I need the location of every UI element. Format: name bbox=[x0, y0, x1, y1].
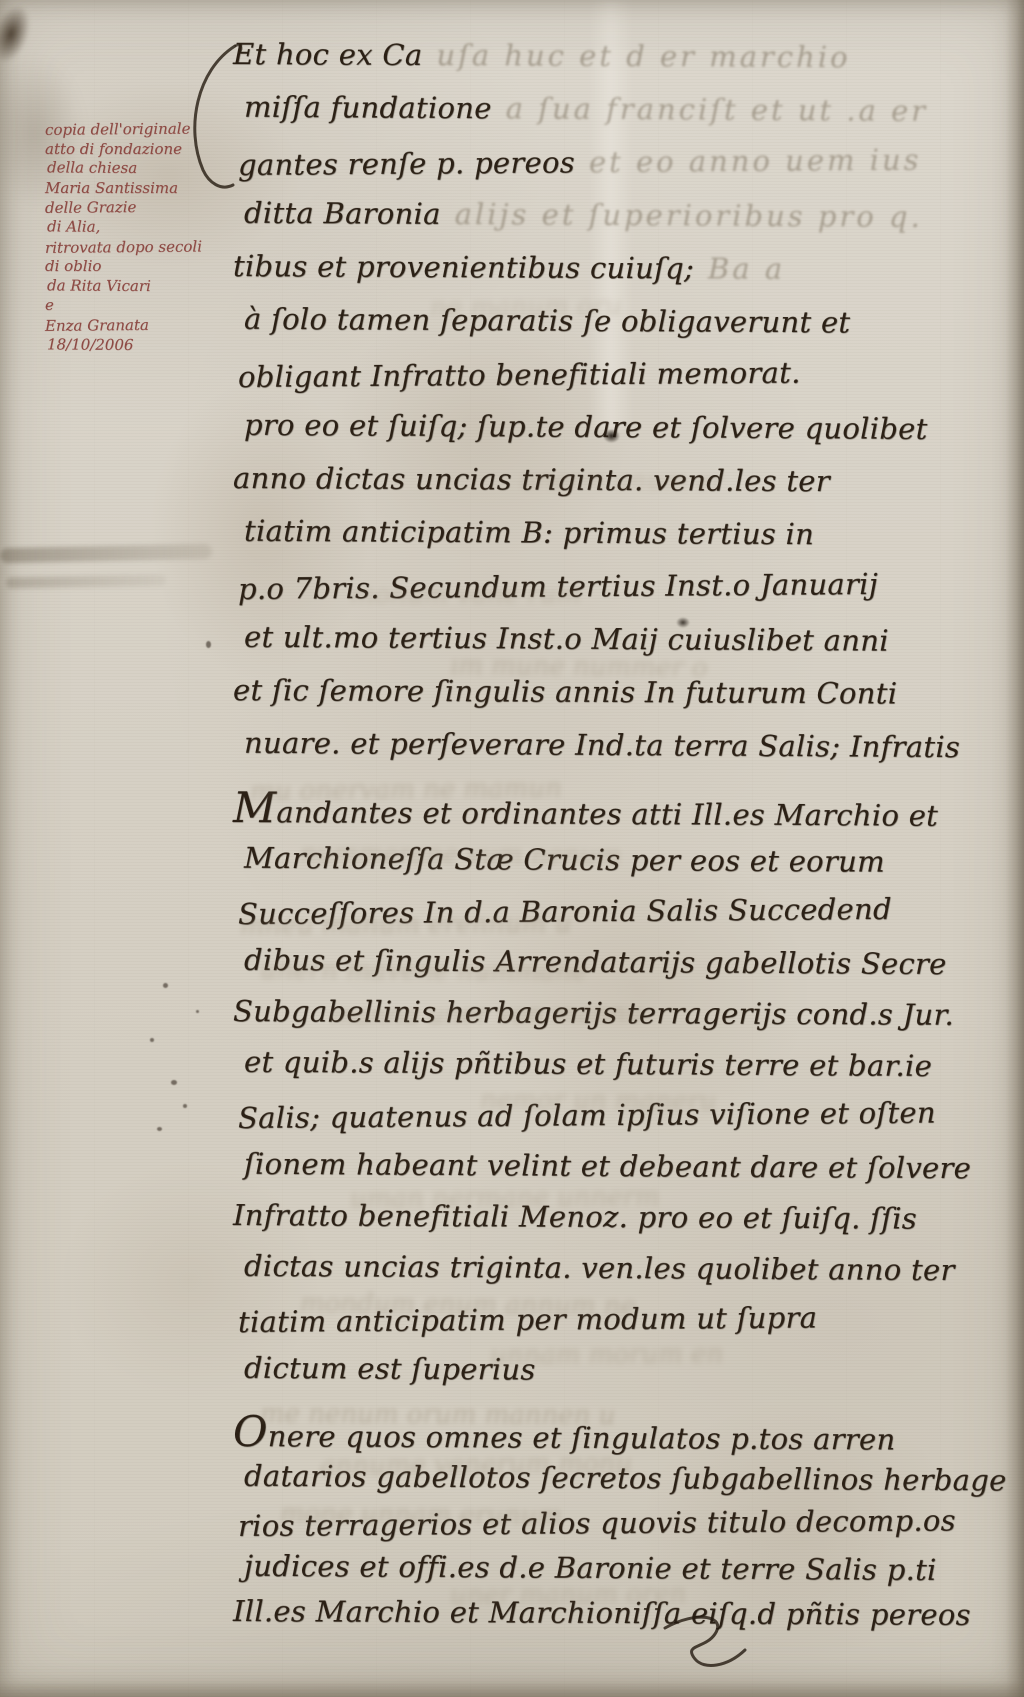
margin-bleed-smudge bbox=[6, 575, 166, 589]
ink-speck bbox=[196, 1010, 199, 1013]
ink-speck bbox=[171, 1080, 177, 1085]
manuscript-line-text: Subgabellinis herbagerijs terragerijs co… bbox=[233, 994, 954, 1032]
manuscript-line-faded-text: uſa huc et d er marchio bbox=[436, 38, 850, 74]
manuscript-line-text: Mandantes et ordinantes atti Ill.es Marc… bbox=[233, 795, 938, 833]
page-edge-shadow bbox=[0, 1681, 1024, 1697]
annotation-line: della chiesa bbox=[47, 159, 237, 180]
marginal-annotation: copia dell'originaleatto di fondazionede… bbox=[45, 120, 235, 355]
manuscript-line-text: et quib.s alijs pñtibus et futuris terre… bbox=[244, 1045, 932, 1083]
manuscript-line: à ſolo tamen ſeparatis ſe obligaverunt e… bbox=[244, 293, 1004, 351]
ink-blot bbox=[603, 429, 620, 443]
manuscript-line: Marchioneſſa Stæ Crucis per eos et eorum bbox=[244, 833, 1004, 889]
manuscript-line-text: tiatim anticipatim per modum ut ſupra bbox=[238, 1300, 818, 1339]
manuscript-line: Salis; quatenus ad ſolam ipſius viſione … bbox=[238, 1087, 998, 1144]
annotation-line: copia dell'originale bbox=[45, 119, 235, 140]
annotation-line: di oblio bbox=[45, 257, 235, 277]
manuscript-line: Succeſſores In d.a Baronia Salis Succede… bbox=[238, 883, 998, 940]
ink-blot bbox=[676, 617, 690, 628]
manuscript-line-text: dictas uncias triginta. ven.les quolibet… bbox=[244, 1249, 955, 1287]
manuscript-line-text: tibus et provenientibus cuiuſq; bbox=[233, 249, 694, 285]
manuscript-line-faded-text: et eo anno uem ius bbox=[589, 143, 922, 180]
manuscript-line: Et hoc ex Cauſa huc et d er marchio bbox=[233, 28, 993, 85]
manuscript-line-text: dictum est ſuperius bbox=[244, 1351, 536, 1387]
ink-speck bbox=[157, 1127, 162, 1131]
manuscript-line-text: à ſolo tamen ſeparatis ſe obligaverunt e… bbox=[244, 302, 851, 340]
ink-speck bbox=[206, 641, 211, 648]
manuscript-page: copia dell'originaleatto di fondazionede… bbox=[0, 0, 1024, 1697]
manuscript-line: anno dictas uncias triginta. vend.les te… bbox=[233, 452, 993, 509]
manuscript-line-text: Infratto benefitiali Menoz. pro eo et ſu… bbox=[233, 1198, 917, 1236]
manuscript-line: Onere quos omnes et ſingulatos p.tos arr… bbox=[233, 1409, 993, 1458]
manuscript-line-text: et ſic ſemore ſingulis annis In futurum … bbox=[233, 673, 897, 710]
manuscript-line: tiatim anticipatim per modum ut ſupra bbox=[238, 1291, 998, 1348]
annotation-line: ritrovata dopo secoli bbox=[45, 237, 235, 258]
manuscript-line: dictas uncias triginta. ven.les quolibet… bbox=[244, 1241, 1004, 1297]
manuscript-line-text: p.o 7bris. Secundum tertius Inst.o Janua… bbox=[238, 567, 878, 606]
manuscript-line: miſſa fundationea ſua franciſt et ut .a … bbox=[244, 81, 1004, 139]
manuscript-paragraph: Et hoc ex Cauſa huc et d er marchiomiſſa… bbox=[238, 30, 998, 772]
manuscript-line: Subgabellinis herbagerijs terragerijs co… bbox=[233, 986, 993, 1041]
annotation-line: di Alia, bbox=[47, 217, 237, 238]
manuscript-line: et quib.s alijs pñtibus et futuris terre… bbox=[244, 1037, 1004, 1093]
ink-speck bbox=[150, 1038, 154, 1042]
manuscript-line: et ſic ſemore ſingulis annis In futurum … bbox=[233, 664, 993, 721]
manuscript-line: judices et offi.es d.e Baronie et terre … bbox=[244, 1544, 1004, 1594]
manuscript-line: tiatim anticipatim B: primus tertius in bbox=[244, 505, 1004, 563]
manuscript-paragraph: Onere quos omnes et ſingulatos p.tos arr… bbox=[238, 1411, 998, 1636]
annotation-line: Enza Granata bbox=[45, 315, 235, 336]
manuscript-text: Et hoc ex Cauſa huc et d er marchiomiſſa… bbox=[238, 30, 998, 1636]
manuscript-line: pro eo et ſuiſq; ſup.te dare et ſolvere … bbox=[244, 399, 1004, 457]
manuscript-line: et ult.mo tertius Inst.o Maij cuiuslibet… bbox=[244, 611, 1004, 669]
manuscript-line-text: datarios gabellotos ſecretos ſubgabellin… bbox=[244, 1459, 1007, 1498]
manuscript-line-text: et ult.mo tertius Inst.o Maij cuiuslibet… bbox=[244, 620, 889, 658]
manuscript-line: ditta Baroniaalijs et ſuperioribus pro q… bbox=[244, 187, 1004, 245]
manuscript-line-text: tiatim anticipatim B: primus tertius in bbox=[244, 514, 814, 551]
manuscript-line: tibus et provenientibus cuiuſq;Ba a bbox=[233, 240, 993, 297]
manuscript-line-text: ditta Baronia bbox=[244, 196, 441, 231]
manuscript-line-text: gantes renſe p. pereos bbox=[238, 145, 575, 182]
manuscript-line-text: obligant Infratto benefitiali memorat. bbox=[238, 356, 801, 394]
manuscript-line-faded-text: Ba a bbox=[708, 251, 785, 285]
manuscript-line-text: Onere quos omnes et ſingulatos p.tos arr… bbox=[233, 1419, 896, 1456]
manuscript-line: dictum est ſuperius bbox=[244, 1343, 1004, 1399]
manuscript-line-text: Marchioneſſa Stæ Crucis per eos et eorum bbox=[244, 841, 885, 879]
manuscript-line-faded-text: a ſua franciſt et ut .a er bbox=[506, 91, 929, 128]
manuscript-line-faded-text: alijs et ſuperioribus pro q. bbox=[455, 197, 923, 234]
manuscript-line: ſionem habeant velint et debeant dare et… bbox=[244, 1139, 1004, 1195]
manuscript-line-text: miſſa fundatione bbox=[244, 90, 492, 126]
annotation-line: e bbox=[45, 296, 235, 316]
manuscript-line-text: pro eo et ſuiſq; ſup.te dare et ſolvere … bbox=[244, 408, 928, 446]
annotation-line: da Rita Vicari bbox=[47, 276, 237, 297]
manuscript-line: Mandantes et ordinantes atti Ill.es Marc… bbox=[233, 782, 993, 837]
ink-speck bbox=[163, 983, 168, 988]
manuscript-line: p.o 7bris. Secundum tertius Inst.o Janua… bbox=[238, 557, 998, 616]
manuscript-line: Infratto benefitiali Menoz. pro eo et ſu… bbox=[233, 1190, 993, 1245]
manuscript-line: obligant Infratto benefitiali memorat. bbox=[238, 345, 998, 404]
manuscript-line-text: Succeſſores In d.a Baronia Salis Succede… bbox=[238, 892, 892, 931]
manuscript-line-text: anno dictas uncias triginta. vend.les te… bbox=[233, 461, 830, 498]
manuscript-line-text: nuare. et perſeverare Ind.ta terra Salis… bbox=[244, 726, 960, 764]
annotation-line: delle Grazie bbox=[45, 198, 235, 219]
manuscript-line-text: Et hoc ex Ca bbox=[233, 37, 423, 72]
margin-bleed-smudge bbox=[0, 544, 212, 563]
manuscript-line-text: Ill.es Marchio et Marchioniſſa eiſq.d pñ… bbox=[233, 1594, 971, 1632]
manuscript-line-text: Salis; quatenus ad ſolam ipſius viſione … bbox=[238, 1096, 936, 1135]
manuscript-paragraph: Mandantes et ordinantes atti Ill.es Marc… bbox=[238, 784, 998, 1396]
manuscript-line-text: judices et offi.es d.e Baronie et terre … bbox=[244, 1549, 937, 1587]
manuscript-line: rios terragerios et alios quovis titulo … bbox=[238, 1498, 998, 1549]
manuscript-line: dibus et ſingulis Arrendatarijs gabellot… bbox=[244, 935, 1004, 991]
annotation-line: atto di fondazione bbox=[45, 140, 235, 160]
manuscript-line: Ill.es Marchio et Marchioniſſa eiſq.d pñ… bbox=[233, 1589, 993, 1638]
manuscript-line: nuare. et perſeverare Ind.ta terra Salis… bbox=[244, 717, 1004, 775]
manuscript-line: datarios gabellotos ſecretos ſubgabellin… bbox=[244, 1454, 1004, 1504]
manuscript-line-text: ſionem habeant velint et debeant dare et… bbox=[244, 1147, 971, 1185]
manuscript-line-text: rios terragerios et alios quovis titulo … bbox=[238, 1503, 956, 1543]
page-edge-shadow bbox=[1006, 0, 1024, 1697]
annotation-line: Maria Santissima bbox=[45, 179, 235, 199]
manuscript-line: gantes renſe p. pereoset eo anno uem ius bbox=[238, 133, 998, 192]
ink-speck bbox=[183, 1104, 187, 1108]
annotation-line: 18/10/2006 bbox=[47, 335, 237, 356]
manuscript-line-text: dibus et ſingulis Arrendatarijs gabellot… bbox=[244, 943, 947, 981]
